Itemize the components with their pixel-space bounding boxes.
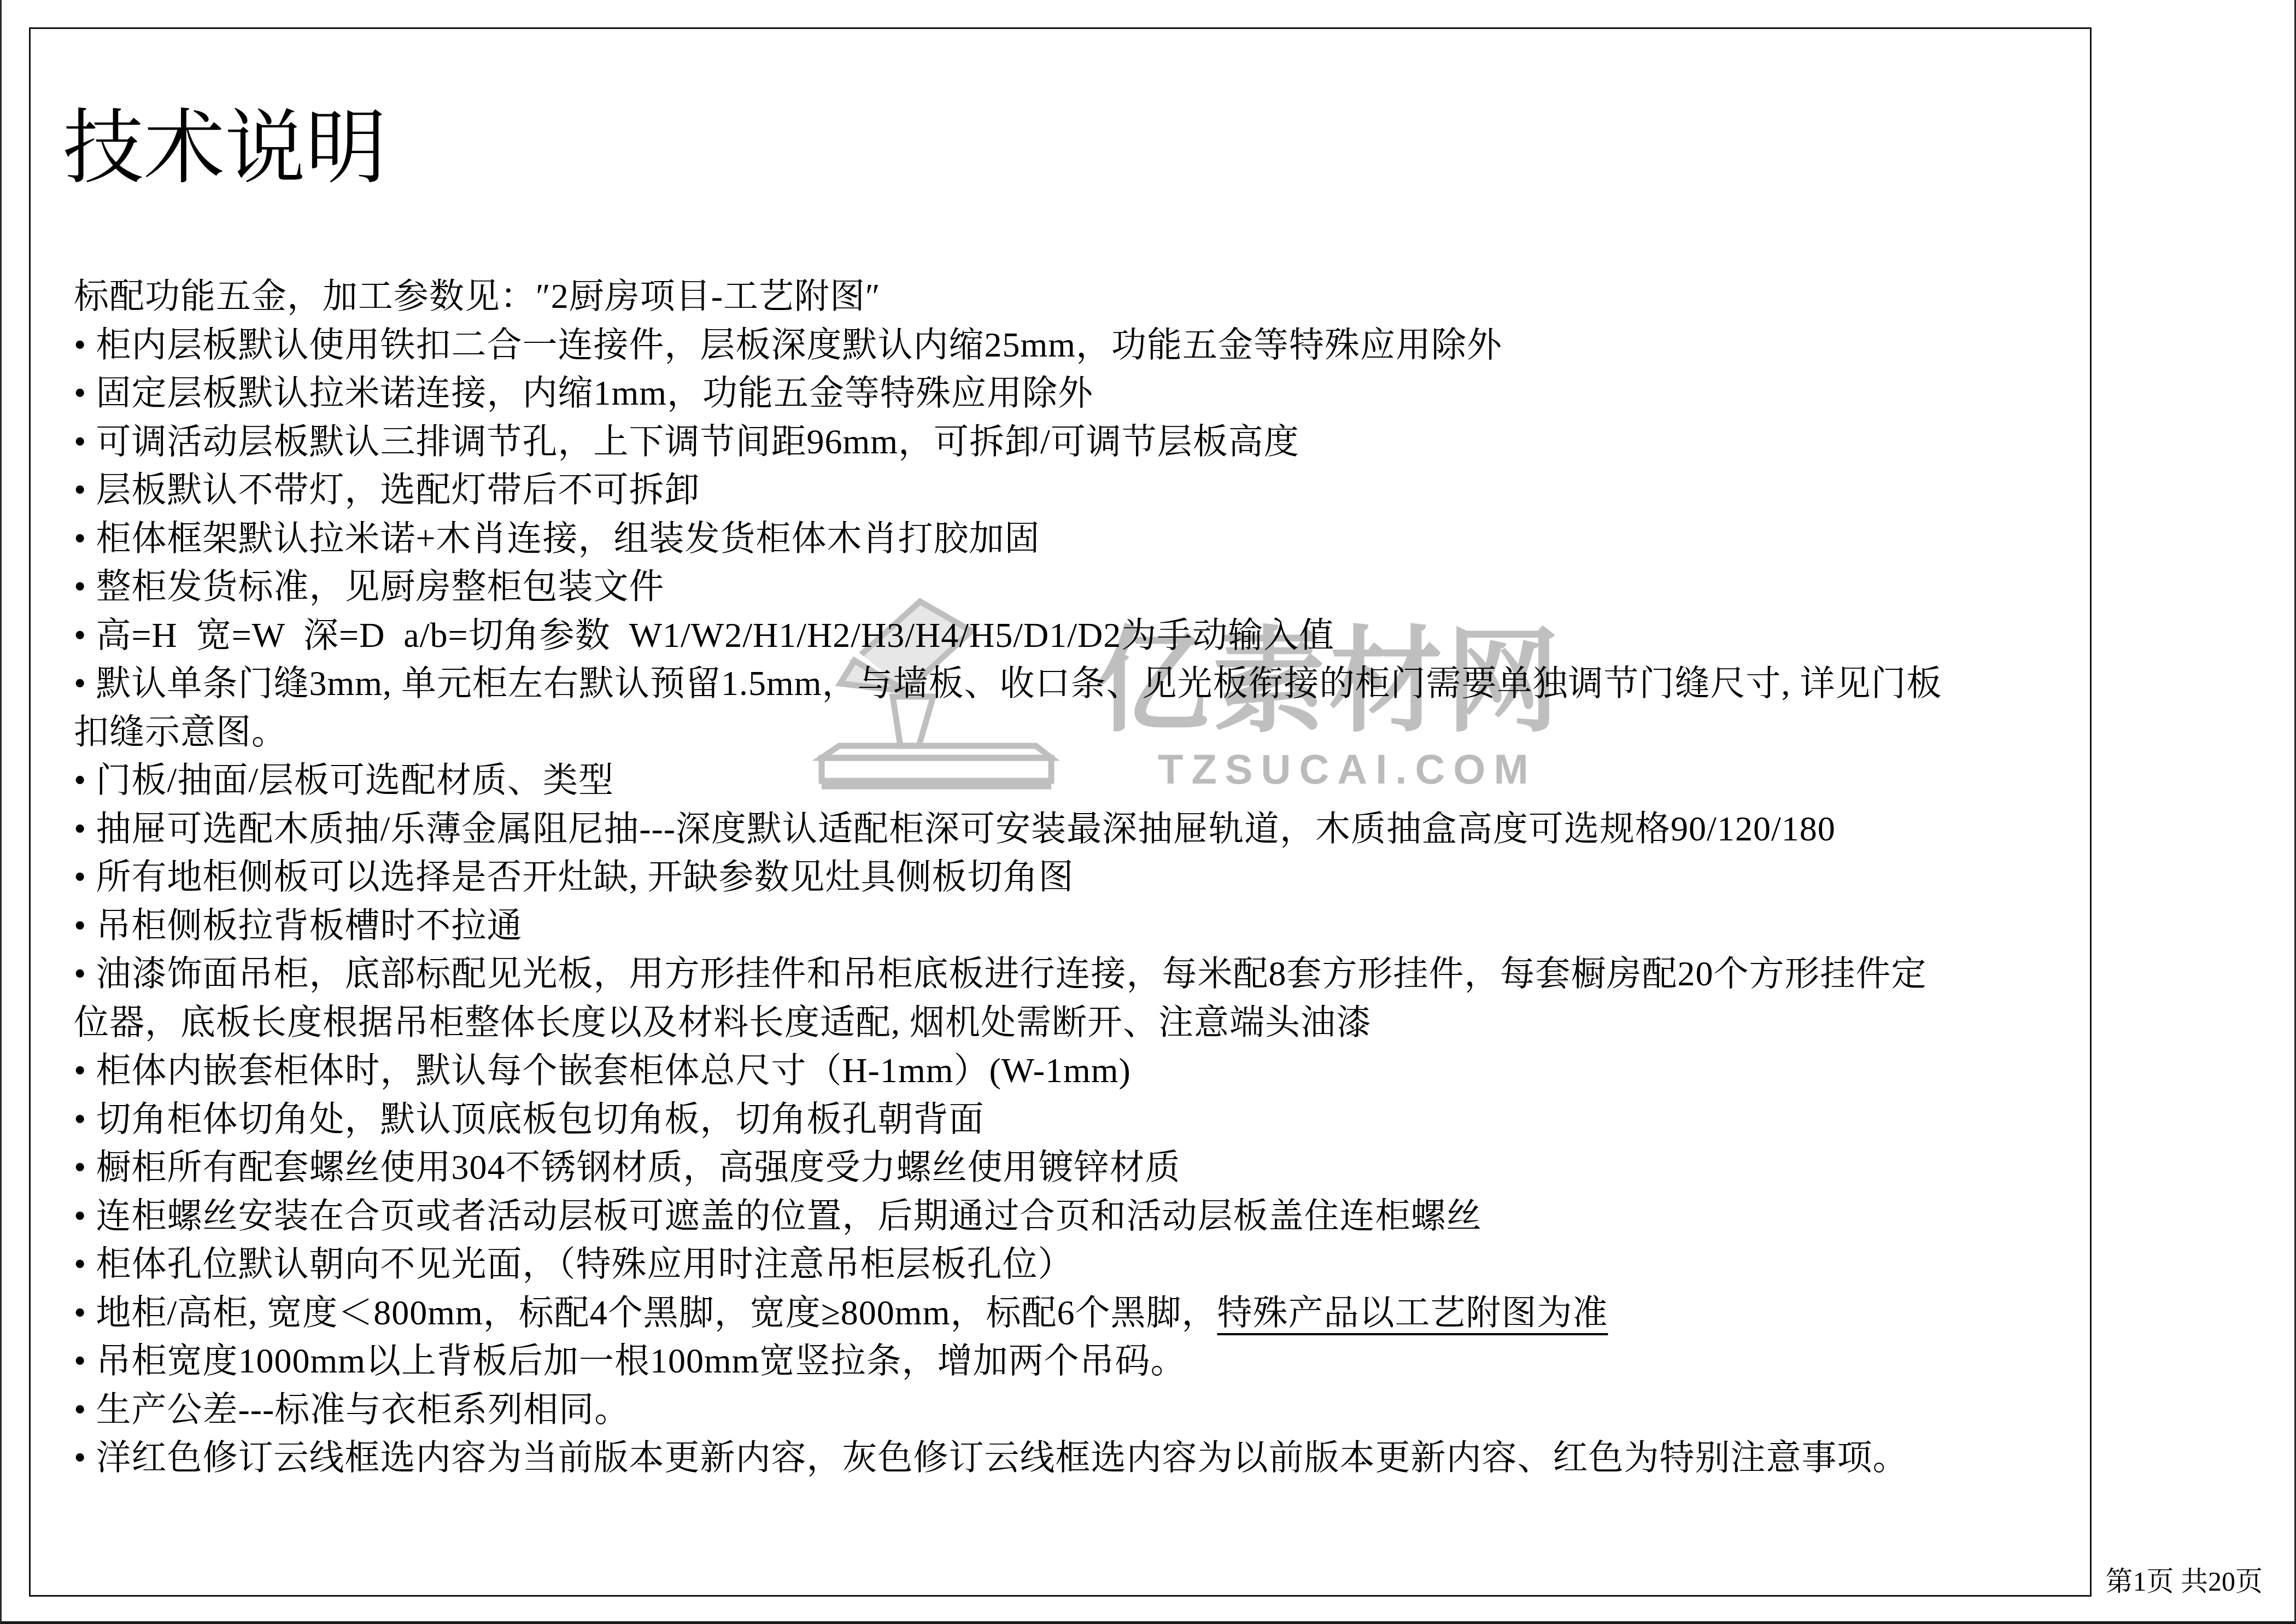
content-line: • 高=H 宽=W 深=D a/b=切角参数 W1/W2/H1/H2/H3/H4… <box>74 611 2075 660</box>
text-block: 标配功能五金，加工参数见：″2厨房项目-工艺附图″• 柜内层板默认使用铁扣二合一… <box>74 272 2075 1482</box>
content-line: 位器，底板长度根据吊柜整体长度以及材料长度适配, 烟机处需断开、注意端头油漆 <box>74 998 2075 1047</box>
content-line: • 可调活动层板默认三排调节孔，上下调节间距96mm，可拆卸/可调节层板高度 <box>74 418 2075 466</box>
content-line: • 抽屉可选配木质抽/乐薄金属阻尼抽---深度默认适配柜深可安装最深抽屉轨道，木… <box>74 805 2075 854</box>
content-line: • 层板默认不带灯，选配灯带后不可拆卸 <box>74 466 2075 515</box>
content-line: • 洋红色修订云线框选内容为当前版本更新内容，灰色修订云线框选内容为以前版本更新… <box>74 1434 2075 1482</box>
content-line: • 柜内层板默认使用铁扣二合一连接件，层板深度默认内缩25mm，功能五金等特殊应… <box>74 321 2075 370</box>
underlined-note: 特殊产品以工艺附图为准 <box>1217 1293 1608 1332</box>
content-line: • 整柜发货标准，见厨房整柜包装文件 <box>74 563 2075 611</box>
content-line: • 所有地柜侧板可以选择是否开灶缺, 开缺参数见灶具侧板切角图 <box>74 853 2075 902</box>
content-line: • 橱柜所有配套螺丝使用304不锈钢材质，高强度受力螺丝使用镀锌材质 <box>74 1143 2075 1192</box>
content-line: 扣缝示意图。 <box>74 708 2075 757</box>
content-line: 标配功能五金，加工参数见：″2厨房项目-工艺附图″ <box>74 272 2075 321</box>
content-line: • 吊柜宽度1000mm以上背板后加一根100mm宽竖拉条，增加两个吊码。 <box>74 1337 2075 1386</box>
content-line: • 柜体框架默认拉米诺+木肖连接，组装发货柜体木肖打胶加固 <box>74 515 2075 563</box>
content-line: • 生产公差---标准与衣柜系列相同。 <box>74 1386 2075 1434</box>
content-line: • 固定层板默认拉米诺连接，内缩1mm，功能五金等特殊应用除外 <box>74 369 2075 418</box>
content-line: • 连柜螺丝安装在合页或者活动层板可遮盖的位置，后期通过合页和活动层板盖住连柜螺… <box>74 1192 2075 1241</box>
page-number-indicator: 第1页 共20页 <box>2106 1565 2263 1598</box>
content-line: • 门板/抽面/层板可选配材质、类型 <box>74 756 2075 805</box>
page-title: 技术说明 <box>63 105 386 192</box>
content-line: • 油漆饰面吊柜，底部标配见光板，用方形挂件和吊柜底板进行连接，每米配8套方形挂… <box>74 950 2075 998</box>
content-line: • 柜体孔位默认朝向不见光面，（特殊应用时注意吊柜层板孔位） <box>74 1240 2075 1289</box>
content-line: • 默认单条门缝3mm, 单元柜左右默认预留1.5mm，与墙板、收口条、见光板衔… <box>74 659 2075 708</box>
content-line: • 吊柜侧板拉背板槽时不拉通 <box>74 902 2075 950</box>
content-line: • 地柜/高柜, 宽度＜800mm，标配4个黑脚，宽度≥800mm，标配6个黑脚… <box>74 1289 2075 1337</box>
content-line: • 切角柜体切角处，默认顶底板包切角板，切角板孔朝背面 <box>74 1095 2075 1144</box>
document-page: 亿素材网 TZSUCAI.COM 技术说明 标配功能五金，加工参数见：″2厨房项… <box>0 0 2296 1624</box>
content-line: • 柜体内嵌套柜体时，默认每个嵌套柜体总尺寸（H-1mm）(W-1mm) <box>74 1047 2075 1095</box>
